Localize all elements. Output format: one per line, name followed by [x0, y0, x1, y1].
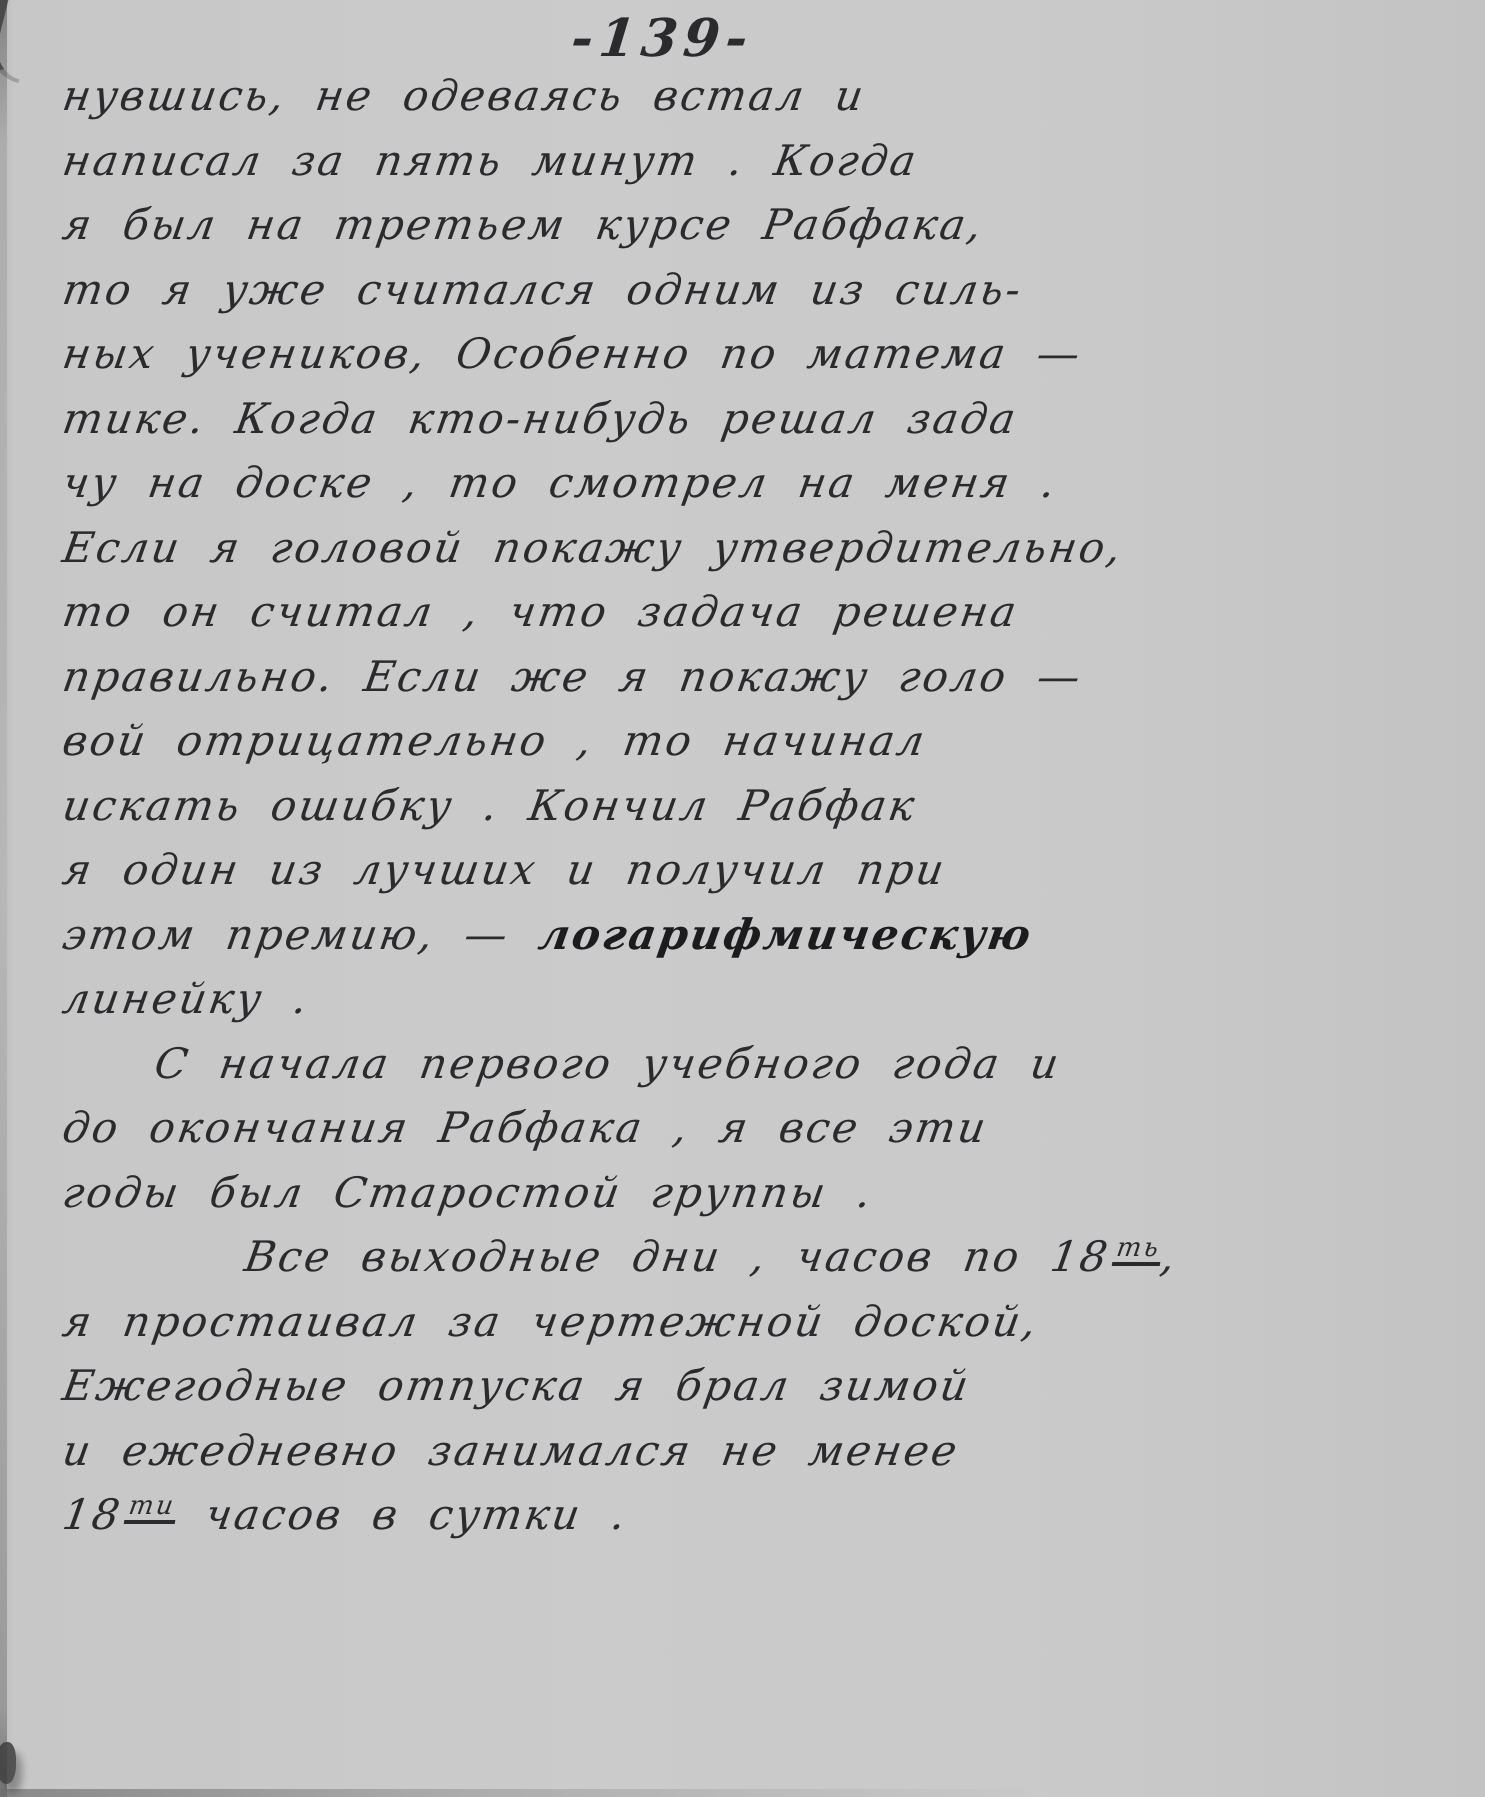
text-segment: часов в сутки . [172, 1490, 631, 1539]
text-line: написал за пять минут . Когда [58, 129, 1471, 194]
text-segment: написал за пять минут . Когда [59, 136, 921, 185]
text-segment: нувшись, не одеваясь встал и [59, 71, 869, 120]
text-segment: правильно. Если же я покажу голо — [59, 652, 1086, 701]
manuscript-page: -139- нувшись, не одеваясь встал инаписа… [0, 0, 1485, 1797]
text-line: вой отрицательно , то начинал [58, 709, 1471, 774]
text-segment: линейку . [59, 974, 313, 1023]
text-segment: то он считал , что задача решена [59, 587, 1022, 636]
text-segment: годы был Старостой группы . [59, 1168, 877, 1217]
text-line: чу на доске , то смотрел на меня . [58, 451, 1471, 516]
page-number: -139- [0, 8, 1408, 69]
text-line: и ежедневно занимался не менее [58, 1419, 1471, 1484]
text-line: я простаивал за чертежной доской, [58, 1290, 1471, 1355]
superscript-suffix: ти [124, 1493, 179, 1524]
text-line: ных учеников, Особенно по матема — [58, 322, 1471, 387]
text-segment: искать ошибку . Кончил Рабфак [59, 781, 920, 830]
text-line: тике. Когда кто-нибудь решал зада [58, 387, 1471, 452]
text-line: Если я головой покажу утвердительно, [58, 516, 1471, 581]
text-line: то я уже считался одним из силь- [58, 258, 1471, 323]
text-segment: вой отрицательно , то начинал [59, 716, 930, 765]
text-line: искать ошибку . Кончил Рабфак [58, 774, 1471, 839]
text-line: 18ти часов в сутки . [58, 1483, 1471, 1548]
text-segment: то я уже считался одним из силь- [59, 265, 1026, 314]
text-segment: я один из лучших и получил при [59, 845, 949, 894]
text-segment: Если я головой покажу утвердительно, [59, 523, 1126, 572]
text-segment: Ежегодные отпуска я брал зимой [59, 1361, 974, 1410]
superscript-suffix: ть [1112, 1235, 1165, 1266]
text-line: я один из лучших и получил при [58, 838, 1471, 903]
manuscript-text: нувшись, не одеваясь встал инаписал за п… [58, 64, 1461, 1548]
text-segment: Все выходные дни , часов по 18 [241, 1232, 1113, 1281]
text-segment: тике. Когда кто-нибудь решал зада [59, 394, 1021, 443]
text-segment: до окончания Рабфака , я все эти [59, 1103, 991, 1152]
text-line: линейку . [58, 967, 1471, 1032]
text-segment: 18 [59, 1490, 125, 1539]
text-line: Все выходные дни , часов по 18ть, [58, 1225, 1471, 1290]
text-segment: этом премию, — [59, 910, 543, 959]
scan-artifact-bottom-left [0, 1742, 16, 1784]
scan-edge-left [0, 0, 7, 1797]
text-line: то он считал , что задача решена [58, 580, 1471, 645]
text-line: годы был Старостой группы . [58, 1161, 1471, 1226]
text-segment: я был на третьем курсе Рабфака, [59, 200, 987, 249]
text-segment: чу на доске , то смотрел на меня . [59, 458, 1061, 507]
text-line: Ежегодные отпуска я брал зимой [58, 1354, 1471, 1419]
text-line: я был на третьем курсе Рабфака, [58, 193, 1471, 258]
text-line: правильно. Если же я покажу голо — [58, 645, 1471, 710]
text-segment: ных учеников, Особенно по матема — [59, 329, 1085, 378]
scan-edge-bottom [0, 1789, 1040, 1797]
text-line: до окончания Рабфака , я все эти [58, 1096, 1471, 1161]
text-segment: и ежедневно занимался не менее [59, 1426, 962, 1475]
text-segment: логарифмическую [535, 910, 1036, 959]
text-segment: С начала первого учебного года и [151, 1039, 1064, 1088]
text-line: нувшись, не одеваясь встал и [58, 64, 1471, 129]
text-segment: я простаивал за чертежной доской, [59, 1297, 1042, 1346]
text-line: этом премию, — логарифмическую [58, 903, 1471, 968]
text-line: С начала первого учебного года и [58, 1032, 1471, 1097]
